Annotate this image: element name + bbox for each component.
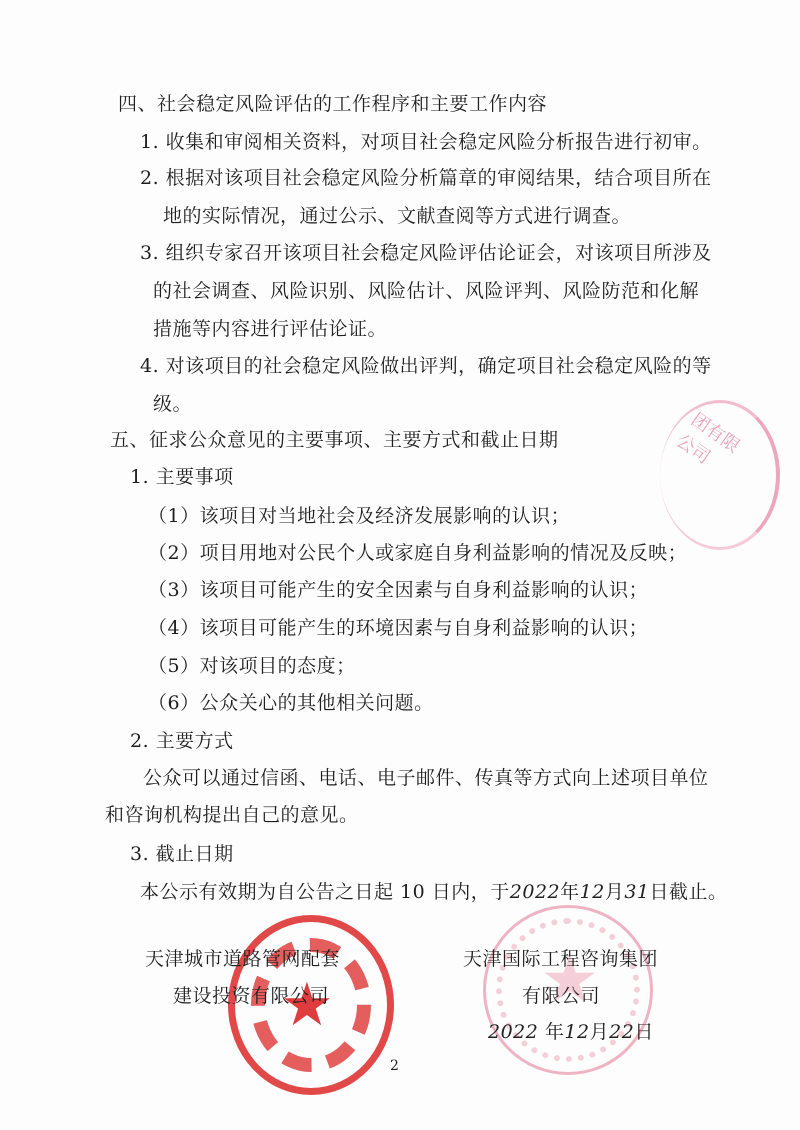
section5-sub1-item: （2）项目用地对公民个人或家庭自身利益影响的情况及反映； [148, 541, 687, 565]
section5-sub2-line1: 公众可以通过信函、电话、电子邮件、传真等方式向上述项目单位 [143, 766, 709, 790]
handwritten-year: 2022 [510, 881, 560, 903]
handwritten-day: 31 [624, 881, 649, 903]
section4-heading: 四、社会稳定风险评估的工作程序和主要工作内容 [118, 92, 547, 116]
section4-item3-line2: 的社会调查、风险识别、风险估计、风险评判、风险防范和化解 [153, 279, 699, 303]
section5-sub1-item: （5）对该项目的态度； [148, 654, 356, 678]
handwritten-month: 12 [580, 881, 605, 903]
section5-sub1-item: （4）该项目可能产生的环境因素与自身利益影响的认识； [148, 616, 648, 640]
right-signature-line2: 有限公司 [522, 984, 600, 1008]
section5-sub1-item: （6）公众关心的其他相关问题。 [148, 691, 434, 715]
date-year-char: 年 [545, 1021, 565, 1043]
month-char: 月 [605, 881, 625, 903]
section4-item4-line2: 级。 [153, 392, 192, 416]
page-number: 2 [390, 1058, 399, 1074]
section4-item4-line1: 4. 对该项目的社会稳定风险做出评判，确定项目社会稳定风险的等 [140, 354, 712, 378]
section5-heading: 五、征求公众意见的主要事项、主要方式和截止日期 [110, 428, 559, 452]
left-signature-line1: 天津城市道路管网配套 [145, 947, 340, 971]
section4-item2-line2: 地的实际情况，通过公示、文献查阅等方式进行调查。 [163, 204, 631, 228]
deadline-text-before: 本公示有效期为自公告之日起 10 日内，于 [140, 881, 510, 903]
section5-sub1-item: （1）该项目对当地社会及经济发展影响的认识； [148, 504, 570, 528]
year-char: 年 [560, 881, 580, 903]
section4-item2-line1: 2. 根据对该项目社会稳定风险分析篇章的审阅结果，结合项目所在 [140, 166, 712, 190]
section5-sub2-title: 2. 主要方式 [130, 729, 234, 753]
section5-sub2-line2: 和咨询机构提出自己的意见。 [105, 803, 359, 827]
section5-sub1-item: （3）该项目可能产生的安全因素与自身利益影响的认识； [148, 578, 648, 602]
date-day-char: 日 [634, 1021, 654, 1043]
right-signature-line1: 天津国际工程咨询集团 [463, 947, 658, 971]
section5-sub1-title: 1. 主要事项 [130, 465, 234, 489]
date-handwritten-year: 2022 [488, 1021, 538, 1043]
section4-item3-line3: 措施等内容进行评估论证。 [153, 317, 387, 341]
section4-item3-line1: 3. 组织专家召开该项目社会稳定风险评估论证会，对该项目所涉及 [140, 241, 712, 265]
date-handwritten-month: 12 [564, 1021, 589, 1043]
section5-sub3-title: 3. 截止日期 [130, 842, 234, 866]
date-month-char: 月 [590, 1021, 610, 1043]
date-handwritten-day: 22 [609, 1021, 634, 1043]
deadline-text-after: 日截止。 [650, 881, 728, 903]
section4-item1-line1: 1. 收集和审阅相关资料，对项目社会稳定风险分析报告进行初审。 [140, 130, 712, 154]
signature-date: 2022 年12月22日 [488, 1020, 654, 1044]
deadline-sentence: 本公示有效期为自公告之日起 10 日内，于2022年12月31日截止。 [140, 880, 728, 904]
left-signature-line2: 建设投资有限公司 [173, 984, 329, 1008]
